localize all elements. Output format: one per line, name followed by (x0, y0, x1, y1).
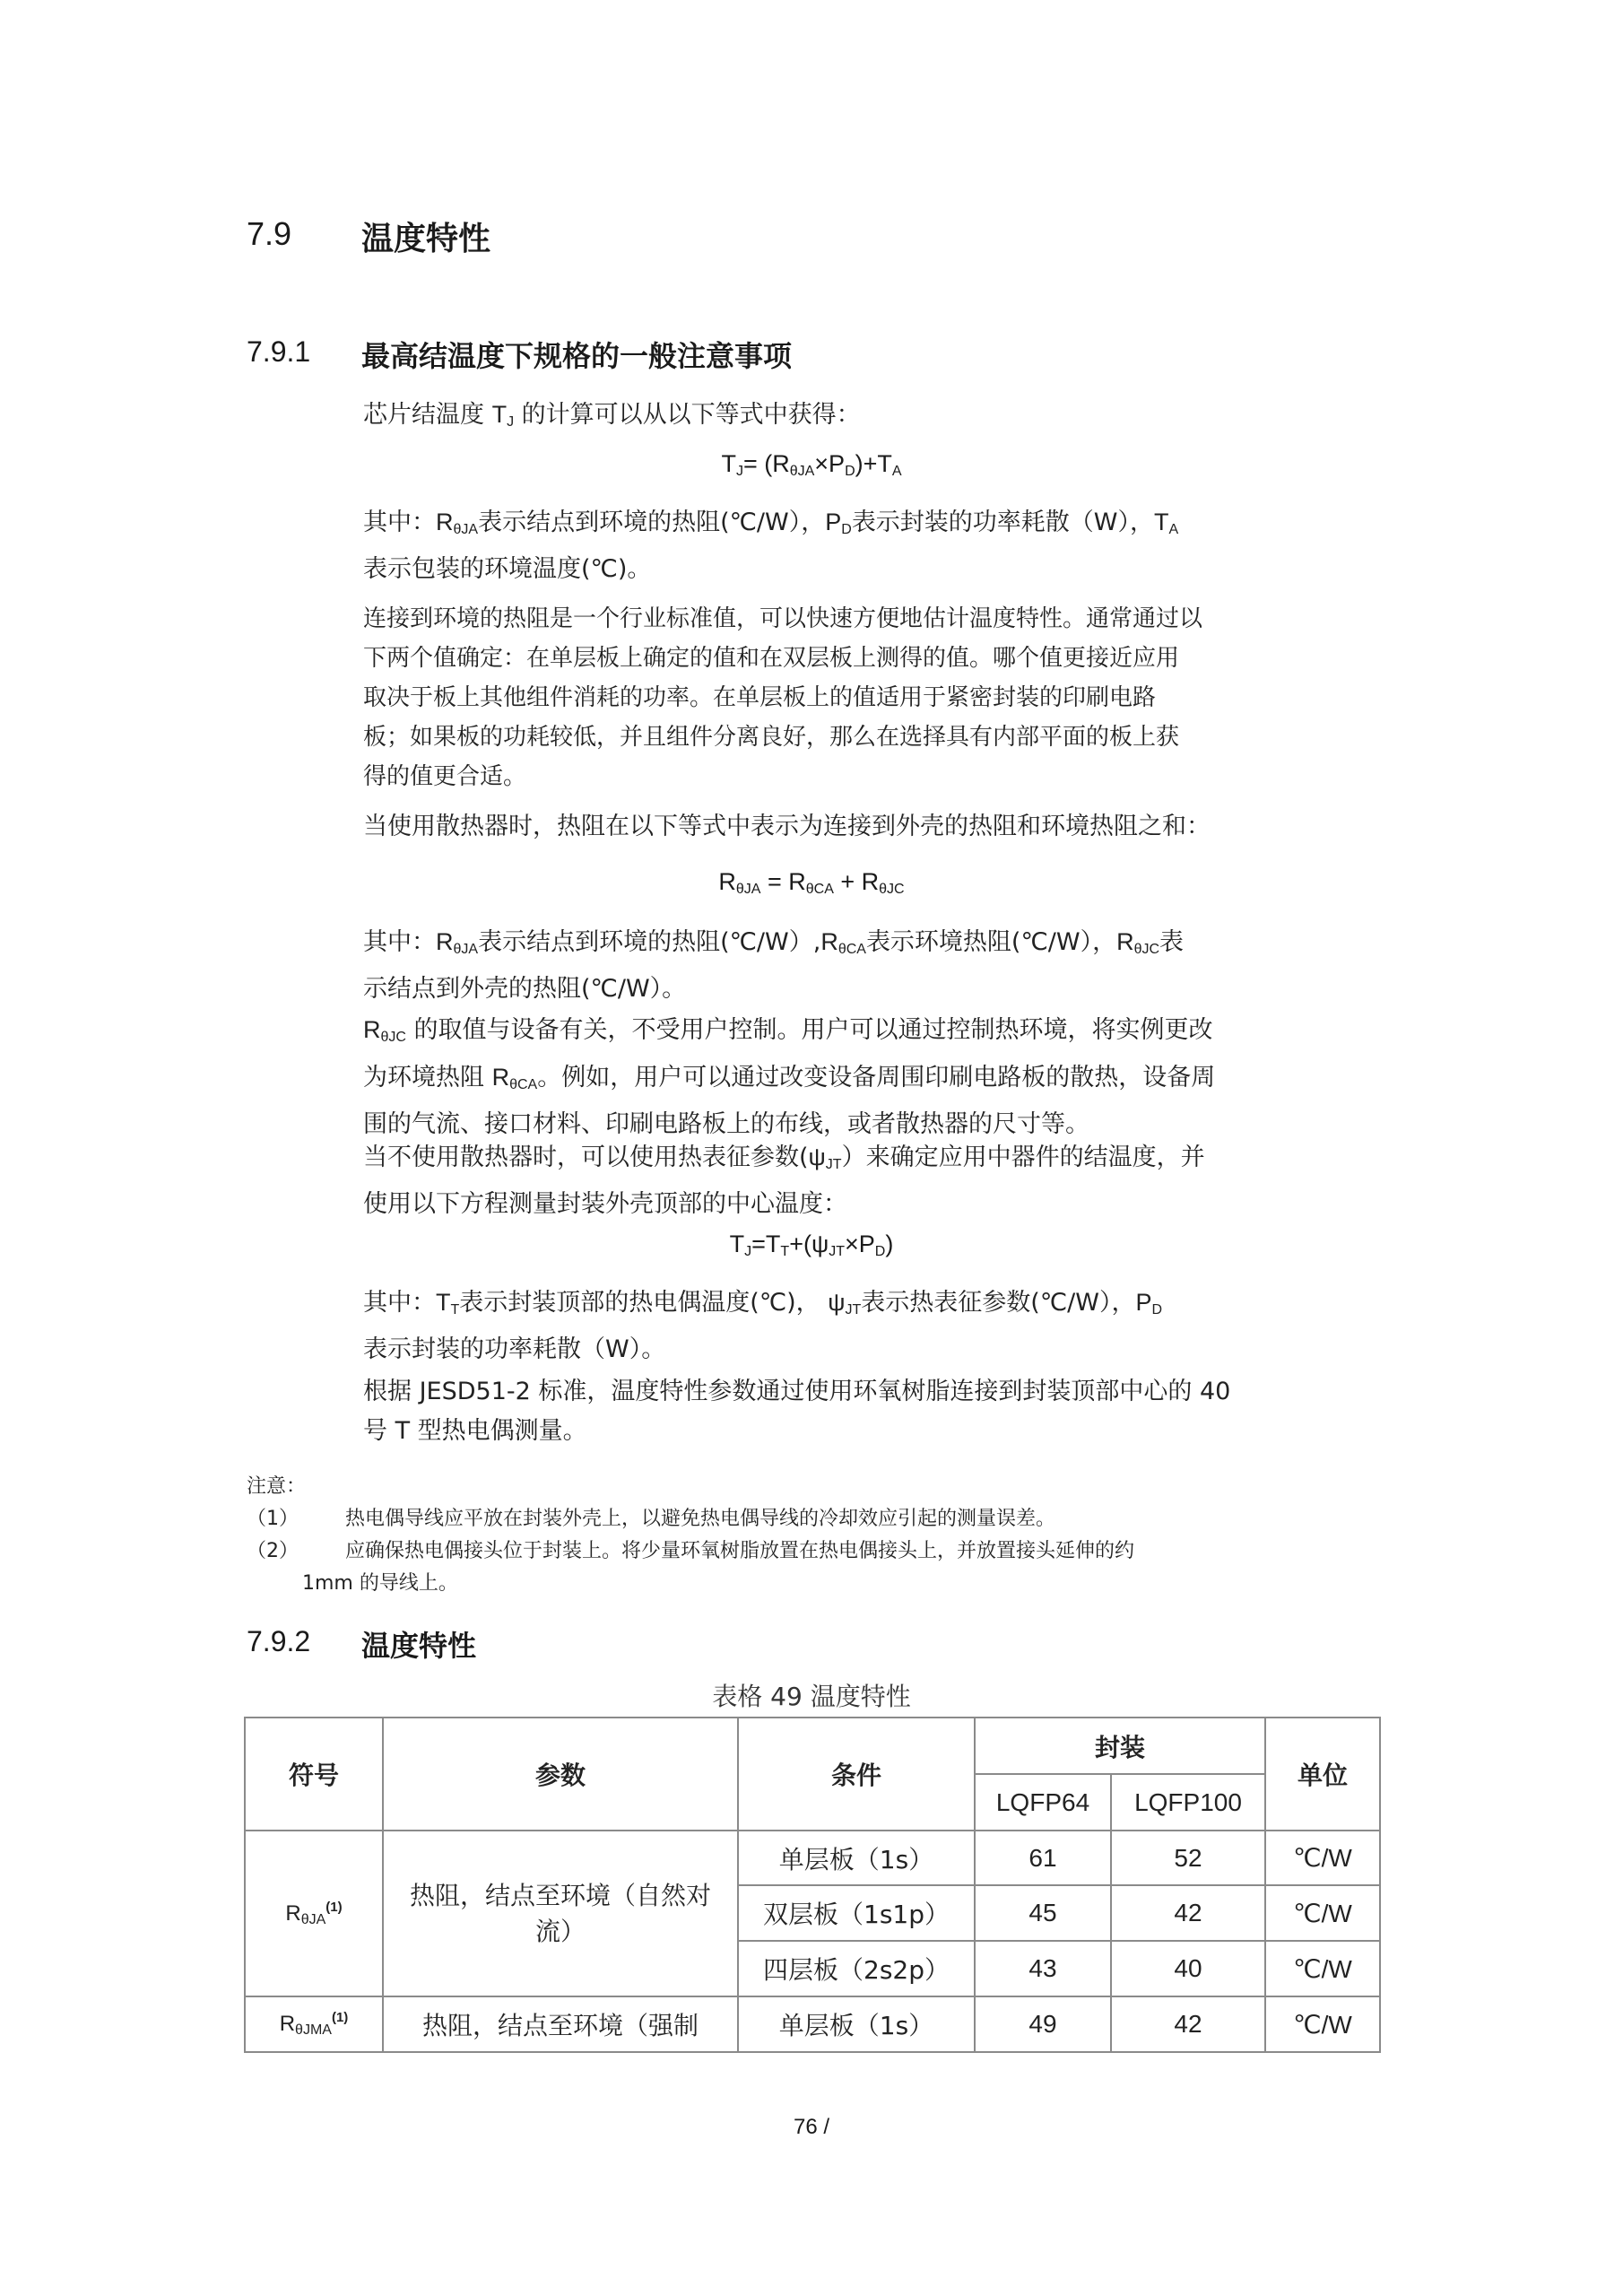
section-title: 温度特性 (361, 213, 490, 259)
condition-cell: 单层板（1s） (738, 1996, 975, 2052)
note-number: （2） (247, 1535, 345, 1568)
paragraph-no-heatsink: 当不使用散热器时，可以使用热表征参数(ψJT）来确定应用中器件的结温度，并使用以… (363, 1137, 1385, 1224)
header-lqfp64: LQFP64 (975, 1774, 1111, 1831)
table-caption: 表格 49 温度特性 (0, 1677, 1623, 1713)
header-unit: 单位 (1265, 1718, 1380, 1831)
symbol-cell: RθJMA(1) (245, 1996, 383, 2052)
value-lqfp64: 43 (975, 1941, 1111, 1996)
paragraph-definitions-1: 其中：RθJA表示结点到环境的热阻(℃/W），PD表示封装的功率耗散（W），TA… (363, 502, 1385, 589)
header-package: 封装 (975, 1718, 1265, 1774)
paragraph-thermal-resistance: 连接到环境的热阻是一个行业标准值，可以快速方便地估计温度特性。通常通过以 下两个… (363, 599, 1385, 796)
value-lqfp64: 45 (975, 1885, 1111, 1941)
text-line: 下两个值确定：在单层板上确定的值和在双层板上测得的值。哪个值更接近应用 (363, 639, 1385, 678)
text-line: 根据 JESD51-2 标准，温度特性参数通过使用环氧树脂连接到封装顶部中心的 … (363, 1372, 1385, 1412)
value-lqfp100: 42 (1111, 1996, 1265, 2052)
note-number: （1） (247, 1503, 345, 1535)
parameter-cell: 热阻，结点至环境（自然对流） (383, 1831, 738, 1996)
equation-resistance-sum: RθJA = RθCA + RθJC (0, 868, 1623, 898)
value-lqfp64: 61 (975, 1831, 1111, 1885)
text-line: 号 T 型热电偶测量。 (363, 1412, 1385, 1451)
parameter-cell: 热阻，结点至环境（强制 (383, 1996, 738, 2052)
section-number: 7.9 (247, 215, 291, 253)
notes-label: 注意： (247, 1471, 1134, 1503)
paragraph-rjc: RθJC 的取值与设备有关，不受用户控制。用户可以通过控制热环境，将实例更改为环… (363, 1010, 1385, 1144)
equation-junction-temp: TJ= (RθJA×PD)+TA (0, 450, 1623, 480)
paragraph-definitions-2: 其中：RθJA表示结点到环境的热阻(℃/W）,RθCA表示环境热阻(℃/W），R… (363, 922, 1385, 1009)
unit-cell: ℃/W (1265, 1885, 1380, 1941)
subsection-title: 温度特性 (361, 1623, 476, 1665)
notes: 注意： （1）热电偶导线应平放在封装外壳上，以避免热电偶导线的冷却效应引起的测量… (247, 1471, 1134, 1600)
value-lqfp64: 49 (975, 1996, 1111, 2052)
subsection-title: 最高结温度下规格的一般注意事项 (361, 334, 792, 375)
paragraph-jesd: 根据 JESD51-2 标准，温度特性参数通过使用环氧树脂连接到封装顶部中心的 … (363, 1372, 1385, 1451)
paragraph-heatsink: 当使用散热器时，热阻在以下等式中表示为连接到外壳的热阻和环境热阻之和： (363, 807, 1385, 847)
thermal-characteristics-table: 符号 参数 条件 封装 单位 LQFP64 LQFP100 RθJA(1) 热阻… (244, 1717, 1381, 2053)
condition-cell: 四层板（2s2p） (738, 1941, 975, 1996)
table-row: RθJMA(1) 热阻，结点至环境（强制 单层板（1s） 49 42 ℃/W (245, 1996, 1380, 2052)
page-number: 76 / (0, 2115, 1623, 2140)
paragraph-definitions-3: 其中：TT表示封装顶部的热电偶温度(℃)， ψJT表示热表征参数(℃/W），PD… (363, 1283, 1385, 1370)
header-lqfp100: LQFP100 (1111, 1774, 1265, 1831)
header-parameter: 参数 (383, 1718, 738, 1831)
value-lqfp100: 52 (1111, 1831, 1265, 1885)
text-line: 板；如果板的功耗较低，并且组件分离良好，那么在选择具有内部平面的板上获 (363, 717, 1385, 757)
subsection-number: 7.9.1 (247, 335, 310, 369)
table-row: RθJA(1) 热阻，结点至环境（自然对流） 单层板（1s） 61 52 ℃/W (245, 1831, 1380, 1885)
subsection-number: 7.9.2 (247, 1625, 310, 1658)
table-header-row: 符号 参数 条件 封装 单位 (245, 1718, 1380, 1774)
condition-cell: 单层板（1s） (738, 1831, 975, 1885)
value-lqfp100: 40 (1111, 1941, 1265, 1996)
note-continuation: 1mm 的导线上。 (247, 1568, 1134, 1600)
text-line: 得的值更合适。 (363, 757, 1385, 796)
text-line: 取决于板上其他组件消耗的功率。在单层板上的值适用于紧密封装的印刷电路 (363, 678, 1385, 717)
symbol-cell: RθJA(1) (245, 1831, 383, 1996)
text-line: 连接到环境的热阻是一个行业标准值，可以快速方便地估计温度特性。通常通过以 (363, 599, 1385, 639)
condition-cell: 双层板（1s1p） (738, 1885, 975, 1941)
note-text: 热电偶导线应平放在封装外壳上，以避免热电偶导线的冷却效应引起的测量误差。 (345, 1508, 1055, 1530)
header-symbol: 符号 (245, 1718, 383, 1831)
paragraph-intro: 芯片结温度 TJ 的计算可以从以下等式中获得： (363, 395, 1385, 442)
equation-psi: TJ=TT+(ψJT×PD) (0, 1231, 1623, 1260)
note-item: （1）热电偶导线应平放在封装外壳上，以避免热电偶导线的冷却效应引起的测量误差。 (247, 1503, 1134, 1535)
unit-cell: ℃/W (1265, 1996, 1380, 2052)
note-item: （2）应确保热电偶接头位于封装上。将少量环氧树脂放置在热电偶接头上，并放置接头延… (247, 1535, 1134, 1568)
header-condition: 条件 (738, 1718, 975, 1831)
note-text: 应确保热电偶接头位于封装上。将少量环氧树脂放置在热电偶接头上，并放置接头延伸的约 (345, 1540, 1134, 1562)
unit-cell: ℃/W (1265, 1831, 1380, 1885)
unit-cell: ℃/W (1265, 1941, 1380, 1996)
value-lqfp100: 42 (1111, 1885, 1265, 1941)
